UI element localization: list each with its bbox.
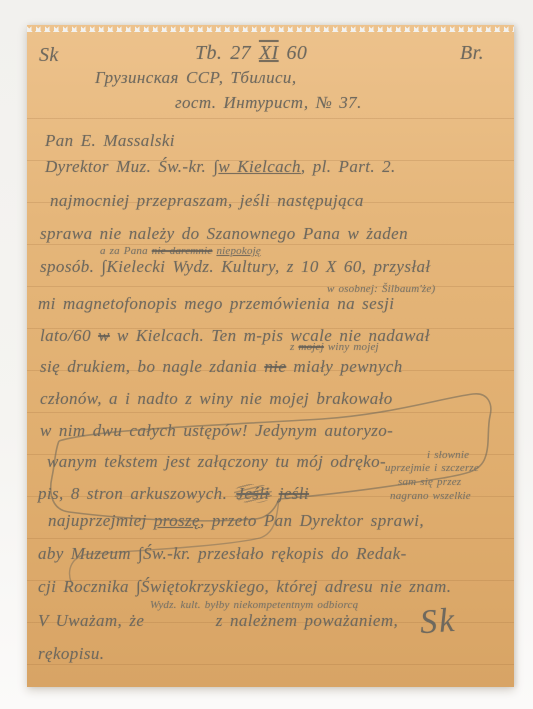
handwriting-run-u: niepokoję <box>216 245 261 257</box>
address-line-2: гост. Интурист, № 37. <box>175 94 362 113</box>
date-line: Tb. 27 XI 60 <box>195 42 307 64</box>
handwriting-run: aby Muzeum ∫Św.-kr. przesłało rękopis do… <box>38 544 407 563</box>
body-line: sprawa nie należy do Szanownego Pana w ż… <box>40 225 408 244</box>
marginal-insertion: i słownie <box>427 449 469 461</box>
handwriting-run: pis, 8 stron arkuszowych. <box>38 484 234 503</box>
handwriting-run: najmocniej przepraszam, jeśli następując… <box>50 191 364 210</box>
body-line: pis, 8 stron arkuszowych. Jeśli jeśli <box>38 485 309 504</box>
handwriting-run-u: proszę <box>154 511 200 530</box>
handwriting-run-x: mojej <box>298 341 323 353</box>
handwriting-run-x: nie <box>264 357 286 376</box>
body-line: sposób. ∫Kielecki Wydz. Kultury, z 10 X … <box>40 258 431 277</box>
addressee-line: Dyrektor Muz. Św.-kr. ∫w Kielcach, pl. P… <box>45 158 396 177</box>
body-line: aby Muzeum ∫Św.-kr. przesłało rękopis do… <box>38 545 407 564</box>
handwriting-run: wanym tekstem jest załączony tu mój odrę… <box>47 452 386 471</box>
closing-line: V Uważam, że z należnem poważaniem, <box>38 612 398 631</box>
handwriting-run: Dyrektor Muz. Św.-kr. ∫ <box>45 157 218 176</box>
handwriting-run: nagrano wszelkie <box>390 490 471 502</box>
scan-background: { "page": { "background_color": "#f5f4f1… <box>0 0 533 709</box>
handwriting-run: w nim dwu całych ustępów! Jedynym autory… <box>40 421 393 440</box>
handwriting-run: się drukiem, bo nagle zdania <box>40 357 264 376</box>
body-line: w nim dwu całych ustępów! Jedynym autory… <box>40 422 393 441</box>
handwriting-run: Wydz. kult. byłby niekompetentnym odbior… <box>150 599 358 611</box>
handwriting-run: w Kielcach. Ten m-pis wcale nie nadawał <box>110 326 430 345</box>
body-line: członów, a i nadto z winy nie mojej brak… <box>40 390 393 409</box>
handwriting-run-x: w <box>98 326 110 345</box>
interlinear-insertion: z mojej winy mojej <box>290 341 379 353</box>
handwriting-run: sam się przez <box>398 476 461 488</box>
handwriting-run: V Uważam, że z należnem poważaniem, <box>38 611 398 630</box>
body-line: wanym tekstem jest załączony tu mój odrę… <box>47 453 386 472</box>
handwriting-run: rękopisu. <box>38 644 104 663</box>
interlinear-insertion: a za Pana nie daremnie niepokoję <box>100 245 261 257</box>
handwriting-run: 60 <box>279 42 308 64</box>
handwriting-run: winy mojej <box>324 341 379 353</box>
body-line: najuprzejmiej proszę, przeto Pan Dyrekto… <box>48 512 424 531</box>
letter-paper: Sk Tb. 27 XI 60 Br. Грузинская ССР, Тбил… <box>27 25 514 687</box>
handwriting-run-xx: Jeśli <box>234 484 271 503</box>
handwriting-run: , pl. Part. 2. <box>301 157 396 176</box>
interlinear-insertion: Wydz. kult. byłby niekompetentnym odbior… <box>150 599 358 611</box>
handwriting-run: Tb. 27 <box>195 42 259 64</box>
handwriting-run: , przeto Pan Dyrektor sprawi, <box>200 511 424 530</box>
handwriting-run: a za Pana <box>100 245 152 257</box>
header-mark: Br. <box>460 42 484 64</box>
handwriting-run: najuprzejmiej <box>48 511 154 530</box>
handwriting-run: miały pewnych <box>286 357 402 376</box>
handwriting-run: lato/60 <box>40 326 98 345</box>
salutation-line: Pan E. Massalski <box>45 132 175 151</box>
handwriting-run: mi magnetofonopis mego przemówienia na s… <box>38 294 394 313</box>
body-line: cji Rocznika ∫Świętokrzyskiego, której a… <box>38 578 451 597</box>
handwriting-run: cji Rocznika ∫Świętokrzyskiego, której a… <box>38 577 451 596</box>
signature: Sk <box>419 602 458 642</box>
handwriting-run-roman: XI <box>259 42 279 64</box>
marginal-insertion: nagrano wszelkie <box>390 490 471 502</box>
handwriting-run <box>272 484 279 503</box>
handwriting-run-x: nie daremnie <box>152 245 213 257</box>
handwriting-run-u: w Kielcach <box>218 157 301 176</box>
body-line: najmocniej przepraszam, jeśli następując… <box>50 192 364 211</box>
body-line: rękopisu. <box>38 645 104 664</box>
handwriting-run: sposób. ∫Kielecki Wydz. Kultury, z 10 X … <box>40 257 431 276</box>
marginal-insertion: uprzejmie i szczerze <box>385 462 479 474</box>
handwriting-run: Pan E. Massalski <box>45 131 175 150</box>
handwriting-run-x: jeśli <box>279 484 309 503</box>
body-line: się drukiem, bo nagle zdania nie miały p… <box>40 358 403 377</box>
torn-edge <box>27 25 514 32</box>
header-initials: Sk <box>39 44 59 66</box>
handwriting-run: sprawa nie należy do Szanownego Pana w ż… <box>40 224 408 243</box>
handwriting-run: uprzejmie i szczerze <box>385 462 479 474</box>
body-line: mi magnetofonopis mego przemówienia na s… <box>38 295 394 314</box>
handwriting-run: członów, a i nadto z winy nie mojej brak… <box>40 389 393 408</box>
address-line-1: Грузинская ССР, Тбилиси, <box>95 69 296 88</box>
marginal-insertion: sam się przez <box>398 476 461 488</box>
handwriting-run: i słownie <box>427 449 469 461</box>
